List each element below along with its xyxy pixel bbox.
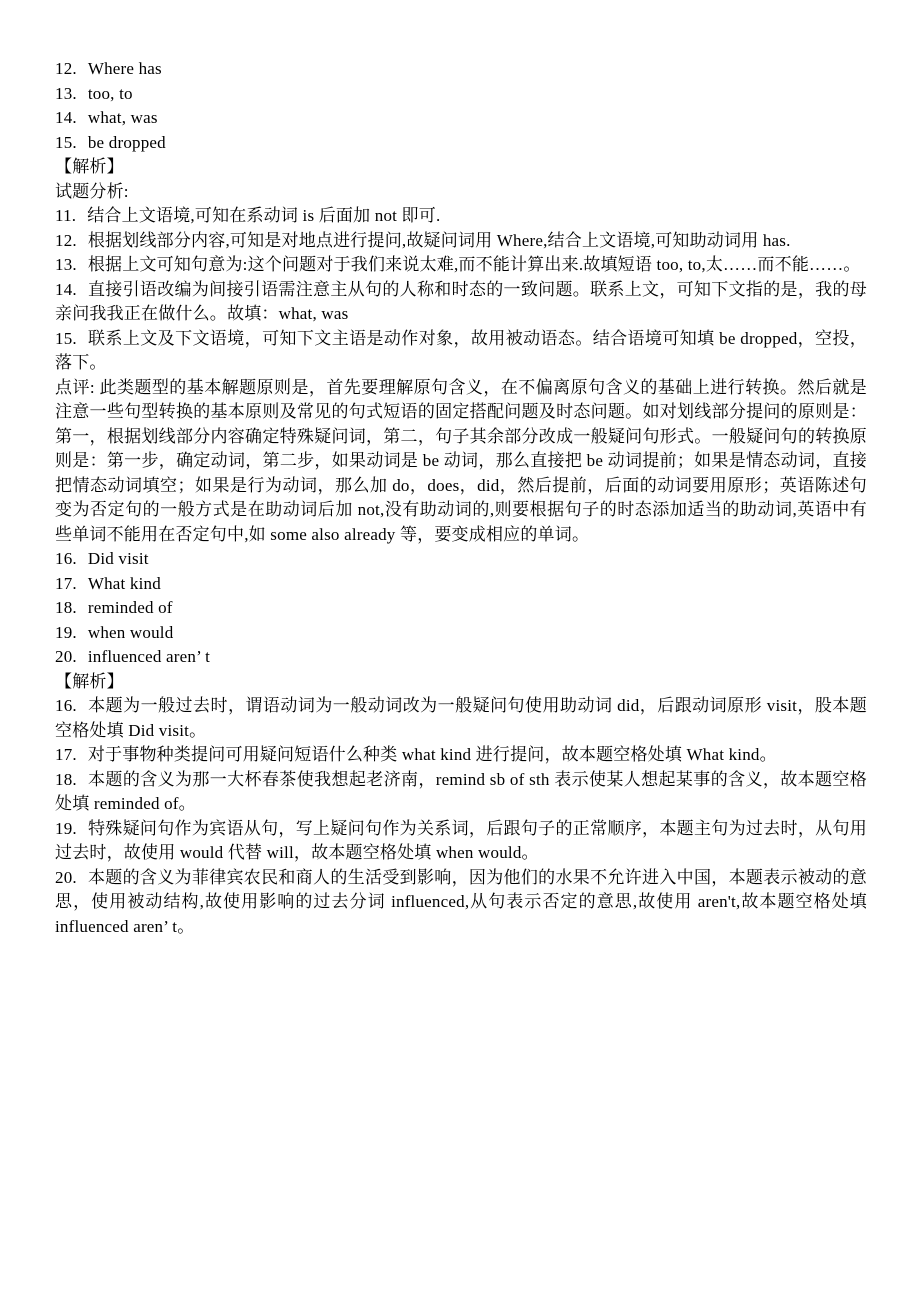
- answer-item-18: 18.reminded of: [55, 596, 867, 621]
- explanation-item-17: 17.对于事物种类提问可用疑问短语什么种类 what kind 进行提问，故本题…: [55, 743, 867, 768]
- explanation-item-15: 15.联系上文及下文语境，可知下文主语是动作对象，故用被动语态。结合语境可知填 …: [55, 327, 867, 376]
- item-number: 18.: [55, 598, 88, 617]
- item-number: 20.: [55, 868, 88, 887]
- item-text: Where has: [88, 59, 162, 78]
- item-text: 本题为一般过去时，谓语动词为一般动词改为一般疑问句使用助动词 did，后跟动词原…: [55, 696, 867, 740]
- item-number: 18.: [55, 770, 88, 789]
- item-number: 14.: [55, 280, 88, 299]
- item-number: 17.: [55, 745, 88, 764]
- answer-item-20: 20.influenced aren’ t: [55, 645, 867, 670]
- explanation-item-20: 20.本题的含义为菲律宾农民和商人的生活受到影响，因为他们的水果不允许进入中国，…: [55, 866, 867, 940]
- item-text: reminded of: [88, 598, 173, 617]
- item-number: 16.: [55, 549, 88, 568]
- item-text: 对于事物种类提问可用疑问短语什么种类 what kind 进行提问，故本题空格处…: [88, 745, 777, 764]
- answer-item-12: 12.Where has: [55, 57, 867, 82]
- item-number: 13.: [55, 255, 88, 274]
- item-number: 15.: [55, 329, 88, 348]
- answer-item-14: 14.what, was: [55, 106, 867, 131]
- explanation-item-11: 11.结合上文语境,可知在系动词 is 后面加 not 即可.: [55, 204, 867, 229]
- analysis-header-2: 【解析】: [55, 670, 867, 695]
- item-number: 15.: [55, 133, 88, 152]
- item-number: 12.: [55, 59, 88, 78]
- explanation-item-19: 19.特殊疑问句作为宾语从句，写上疑问句作为关系词，后跟句子的正常顺序，本题主句…: [55, 817, 867, 866]
- item-text: 根据划线部分内容,可知是对地点进行提问,故疑问词用 Where,结合上文语境,可…: [88, 231, 791, 250]
- explanation-item-13: 13.根据上文可知句意为:这个问题对于我们来说太难,而不能计算出来.故填短语 t…: [55, 253, 867, 278]
- item-number: 17.: [55, 574, 88, 593]
- item-number: 13.: [55, 84, 88, 103]
- item-number: 16.: [55, 696, 88, 715]
- item-text: when would: [88, 623, 174, 642]
- explanation-item-14: 14.直接引语改编为间接引语需注意主从句的人称和时态的一致问题。联系上文，可知下…: [55, 278, 867, 327]
- item-text: 特殊疑问句作为宾语从句，写上疑问句作为关系词，后跟句子的正常顺序，本题主句为过去…: [55, 819, 867, 863]
- item-text: what, was: [88, 108, 158, 127]
- item-text: be dropped: [88, 133, 166, 152]
- explanation-item-16: 16.本题为一般过去时，谓语动词为一般动词改为一般疑问句使用助动词 did，后跟…: [55, 694, 867, 743]
- item-text: 根据上文可知句意为:这个问题对于我们来说太难,而不能计算出来.故填短语 too,…: [88, 255, 861, 274]
- item-text: 联系上文及下文语境，可知下文主语是动作对象，故用被动语态。结合语境可知填 be …: [55, 329, 867, 373]
- explanation-item-12: 12.根据划线部分内容,可知是对地点进行提问,故疑问词用 Where,结合上文语…: [55, 229, 867, 254]
- item-number: 19.: [55, 623, 88, 642]
- item-text: influenced aren’ t: [88, 647, 210, 666]
- answer-item-16: 16.Did visit: [55, 547, 867, 572]
- item-number: 19.: [55, 819, 88, 838]
- item-text: Did visit: [88, 549, 149, 568]
- answer-item-15: 15.be dropped: [55, 131, 867, 156]
- item-number: 14.: [55, 108, 88, 127]
- comment-paragraph: 点评: 此类题型的基本解题原则是，首先要理解原句含义，在不偏离原句含义的基础上进…: [55, 376, 867, 548]
- item-text: 结合上文语境,可知在系动词 is 后面加 not 即可.: [87, 206, 440, 225]
- document-content: 12.Where has 13.too, to 14.what, was 15.…: [55, 57, 867, 939]
- item-text: What kind: [88, 574, 161, 593]
- item-text: 本题的含义为菲律宾农民和商人的生活受到影响，因为他们的水果不允许进入中国，本题表…: [55, 868, 867, 936]
- item-number: 20.: [55, 647, 88, 666]
- answer-item-13: 13.too, to: [55, 82, 867, 107]
- item-number: 11.: [55, 206, 87, 225]
- answer-item-17: 17.What kind: [55, 572, 867, 597]
- document-page: 12.Where has 13.too, to 14.what, was 15.…: [0, 0, 920, 1302]
- item-text: too, to: [88, 84, 133, 103]
- item-text: 直接引语改编为间接引语需注意主从句的人称和时态的一致问题。联系上文，可知下文指的…: [55, 280, 867, 324]
- item-text: 本题的含义为那一大杯春茶使我想起老济南，remind sb of sth 表示使…: [55, 770, 867, 814]
- explanation-item-18: 18.本题的含义为那一大杯春茶使我想起老济南，remind sb of sth …: [55, 768, 867, 817]
- analysis-header-1: 【解析】: [55, 155, 867, 180]
- item-number: 12.: [55, 231, 88, 250]
- analysis-subtitle: 试题分析:: [55, 180, 867, 205]
- answer-item-19: 19.when would: [55, 621, 867, 646]
